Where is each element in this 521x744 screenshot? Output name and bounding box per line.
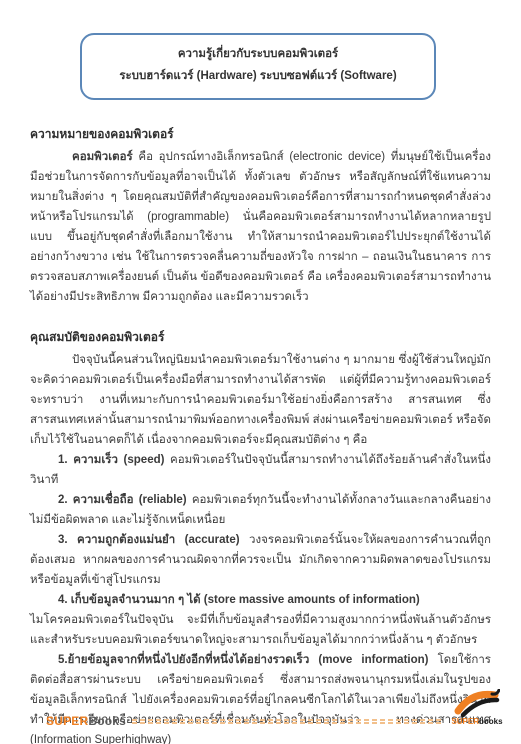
list-item-move: 5.ย้ายข้อมูลจากที่หนึ่งไปยังอีกที่หนึ่งไ… (30, 650, 491, 744)
paragraph-meaning: คอมพิวเตอร์ คือ อุปกรณ์ทางอิเล็กทรอนิกส์… (30, 147, 491, 307)
logo-wordmark-books: books (479, 717, 503, 726)
doc-title: ความรู้เกี่ยวกับระบบคอมพิวเตอร์ (92, 45, 424, 63)
item-label-move: 5.ย้ายข้อมูลจากที่หนึ่งไปยังอีกที่หนึ่งไ… (58, 654, 428, 666)
section-heading-properties: คุณสมบัติของคอมพิวเตอร์ (30, 327, 491, 347)
logo-wordmark-super: SUPER (451, 717, 479, 726)
footer-divider (132, 719, 443, 724)
title-box: ความรู้เกี่ยวกับระบบคอมพิวเตอร์ ระบบฮาร์… (80, 33, 436, 100)
section-heading-meaning: ความหมายของคอมพิวเตอร์ (30, 124, 491, 144)
footer-divider-row (132, 719, 443, 721)
list-item-speed: 1. ความเร็ว (speed) คอมพิวเตอร์ในปัจจุบั… (30, 450, 491, 490)
footer-brand-super: SUPER (46, 714, 88, 728)
item-body-store: ไมโครคอมพิวเตอร์ในปัจจุบัน จะมีที่เก็บข้… (30, 614, 491, 646)
document-page: ความรู้เกี่ยวกับระบบคอมพิวเตอร์ ระบบฮาร์… (0, 0, 521, 744)
lead-term: คอมพิวเตอร์ (72, 151, 133, 163)
doc-subtitle: ระบบฮาร์ดแวร์ (Hardware) ระบบซอฟต์แวร์ (… (92, 67, 424, 85)
page-footer: SUPERBooks SUPERbooks (46, 714, 505, 728)
swoosh-icon (454, 689, 500, 717)
list-item-store: 4. เก็บข้อมูลจำนวนมาก ๆ ได้ (store massi… (30, 590, 491, 650)
item-body-move: โดยใช้การติดต่อสื่อสารผ่านระบบ เครือข่าย… (30, 654, 491, 744)
item-label-speed: 1. ความเร็ว (speed) (58, 454, 164, 466)
footer-divider-row (132, 722, 443, 724)
paragraph-properties-intro: ปัจจุบันนี้คนส่วนใหญ่นิยมนำคอมพิวเตอร์มา… (30, 350, 491, 450)
paragraph-meaning-text: คือ อุปกรณ์ทางอิเล็กทรอนิกส์ (electronic… (30, 151, 491, 303)
superbooks-logo: SUPERbooks (449, 689, 505, 727)
footer-brand-books: Books (88, 714, 126, 728)
document-body: ความหมายของคอมพิวเตอร์ คอมพิวเตอร์ คือ อ… (0, 124, 521, 744)
list-item-accurate: 3. ความถูกต้องแม่นยำ (accurate) วงจรคอมพ… (30, 530, 491, 590)
logo-wordmark: SUPERbooks (451, 717, 502, 727)
footer-brand: SUPERBooks (46, 714, 126, 728)
list-item-reliable: 2. ความเชื่อถือ (reliable) คอมพิวเตอร์ทุ… (30, 490, 491, 530)
item-label-accurate: 3. ความถูกต้องแม่นยำ (accurate) (58, 534, 240, 546)
paragraph-properties-text: ปัจจุบันนี้คนส่วนใหญ่นิยมนำคอมพิวเตอร์มา… (30, 354, 491, 446)
item-label-reliable: 2. ความเชื่อถือ (reliable) (58, 494, 187, 506)
item-label-store: 4. เก็บข้อมูลจำนวนมาก ๆ ได้ (store massi… (58, 594, 420, 606)
